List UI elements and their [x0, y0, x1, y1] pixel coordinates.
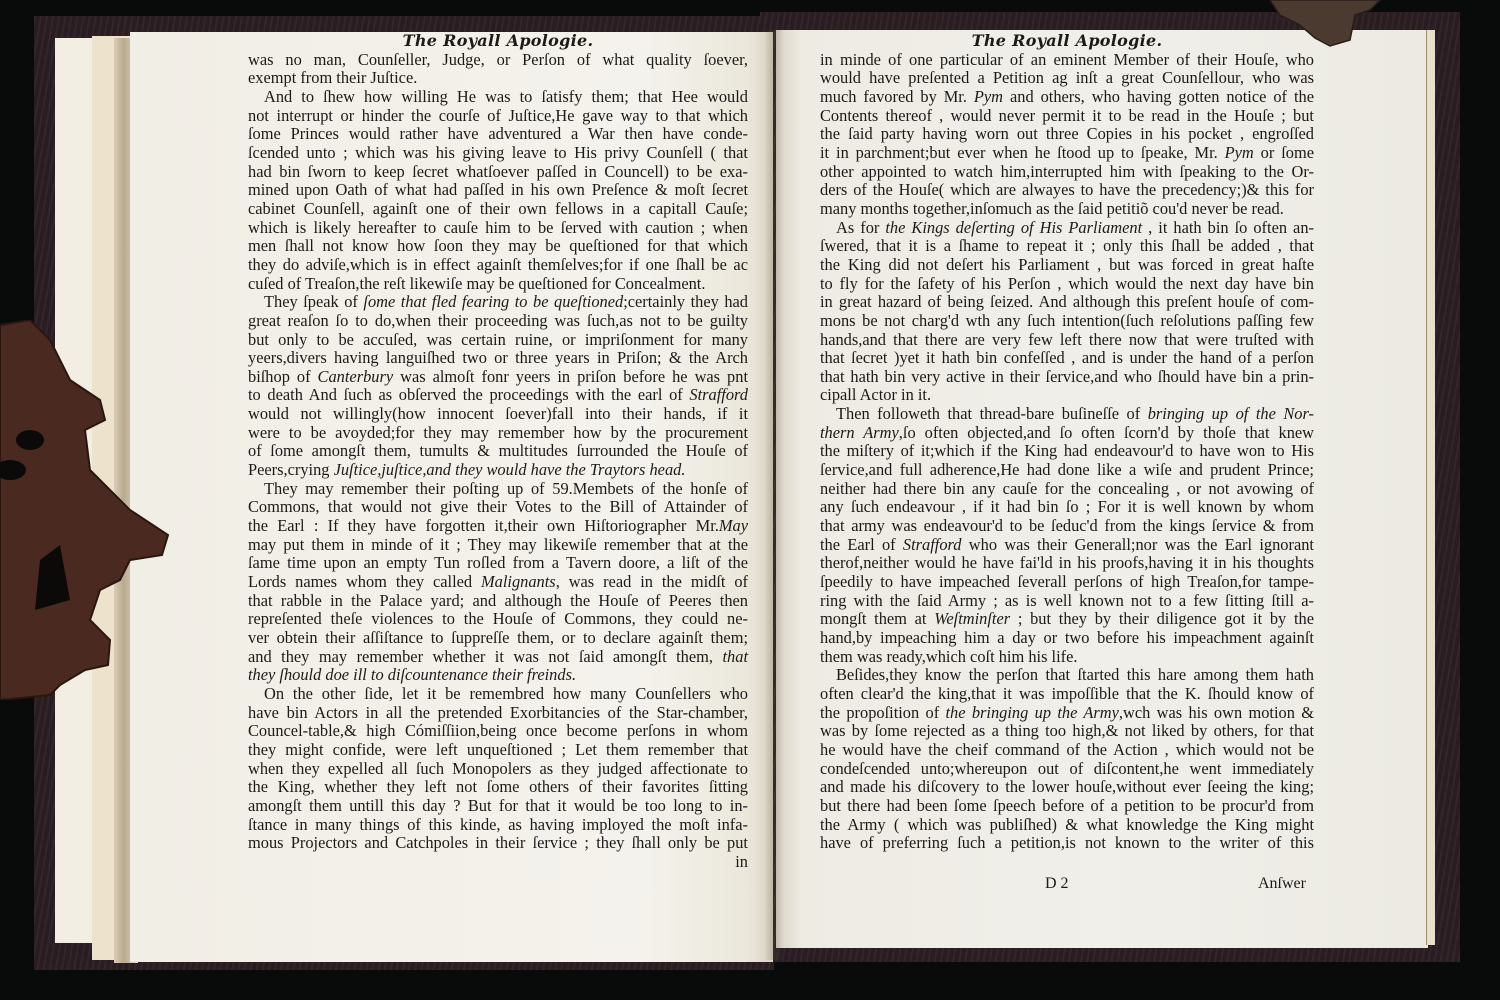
text-line: Peers,crying Juſtice,juſtice,and they wo…: [248, 461, 748, 480]
text-line: that hath bin very active in their ſervi…: [820, 368, 1314, 387]
text-line: was by ſome rejected as a thing too high…: [820, 722, 1314, 741]
text-line: the ſaid party having worn out three Cop…: [820, 125, 1314, 144]
text-line: ring with the ſaid Army ; as is well kno…: [820, 592, 1314, 611]
text-line: they might confide, were left unqueſtion…: [248, 741, 748, 760]
text-line: of ſome amongſt them, tumults & multitud…: [248, 442, 748, 461]
text-line: exempt from their Juſtice.: [248, 69, 748, 88]
text-line: may put them in minde of it ; They may l…: [248, 536, 748, 555]
text-line: would have preſented a Petition ag inſt …: [820, 69, 1314, 88]
text-line: ſervice,and full adherence,He had done l…: [820, 461, 1314, 480]
catchword: Anſwer: [1258, 875, 1306, 893]
text-line: often clear'd the king,that it was impoſ…: [820, 685, 1314, 704]
text-line: the King, whether they left not ſome oth…: [248, 778, 748, 797]
text-line: to death And ſuch as obſerved the procee…: [248, 386, 748, 405]
text-line: yeers,divers having languiſhed two or th…: [248, 349, 748, 368]
text-line: have of preferring ſuch a petition,is no…: [820, 834, 1314, 853]
text-line: mous Projectors and Catchpoles in their …: [248, 834, 748, 853]
text-line: Councel-table,& high Cómiſſiion,being on…: [248, 722, 748, 741]
text-line: As for the Kings deſerting of His Parlia…: [820, 219, 1314, 238]
text-line: hand,by impeaching him a day or two befo…: [820, 629, 1314, 648]
text-line: would not willingly(how innocent ſoever)…: [248, 405, 748, 424]
text-line: They ſpeak of ſome that fled fearing to …: [248, 293, 748, 312]
text-line: cabinet Counſell, againſt one of their o…: [248, 200, 748, 219]
right-page-text: The Royall Apologie. in minde of one par…: [820, 32, 1314, 853]
text-line: but only to be accuſed, was certain ruin…: [248, 331, 748, 350]
text-line: cipall Actor in it.: [820, 386, 1314, 405]
text-line: the Earl of Strafford who was their Gene…: [820, 536, 1314, 555]
text-line: mons be not charg'd wth any ſuch intenti…: [820, 312, 1314, 331]
text-line: Commons, that would not give their Votes…: [248, 498, 748, 517]
text-line: to fly for the ſafety of his Perſon , wh…: [820, 275, 1314, 294]
text-line: and they may remember whether it was not…: [248, 648, 748, 667]
text-line: Contents thereof , would never permit it…: [820, 107, 1314, 126]
text-line: ſtance in many things of this kinde, as …: [248, 816, 748, 835]
left-page-text: The Royall Apologie. was no man, Counſel…: [248, 32, 748, 872]
text-line: neither had there bin any cauſe for the …: [820, 480, 1314, 499]
text-line: them was ready,which coſt him his life.: [820, 648, 1314, 667]
text-line: thern Army,ſo often objected,and ſo ofte…: [820, 424, 1314, 443]
text-line: ſpeedily to have impeached ſeverall perſ…: [820, 573, 1314, 592]
text-line: ver obtein their aſſiſtance to ſuppreſſe…: [248, 629, 748, 648]
text-line: ſwered, that it is a ſhame to repeat it …: [820, 237, 1314, 256]
text-line: condeſcended unto;whereupon out of diſco…: [820, 760, 1314, 779]
text-line: was no man, Counſeller, Judge, or Perſon…: [248, 51, 748, 70]
text-line: mined upon Oath of what had paſſed in hi…: [248, 181, 748, 200]
text-line: in great hazard of being ſeized. And alt…: [820, 293, 1314, 312]
text-line: have bin Actors in all the pretended Exo…: [248, 704, 748, 723]
text-line: but there had been ſome ſpeech before of…: [820, 797, 1314, 816]
text-line: the miſtery of it;which if the King had …: [820, 442, 1314, 461]
text-line: that rabble in the Palace yard; and alth…: [248, 592, 748, 611]
text-line: ſome Princes would rather have adventure…: [248, 125, 748, 144]
text-line: when they expelled all ſuch Monopolers a…: [248, 760, 748, 779]
text-line: that ſecret )yet it hath bin confeſſed ,…: [820, 349, 1314, 368]
text-line: On the other ſide, let it be remembred h…: [248, 685, 748, 704]
text-line: Lords names whom they called Malignants,…: [248, 573, 748, 592]
text-line: were to be avoyded;for they may remember…: [248, 424, 748, 443]
text-line: mongſt them at Weſtminſter ; but they by…: [820, 610, 1314, 629]
text-line: and made his diſcovery to the lower houſ…: [820, 778, 1314, 797]
page-holder-clip-icon: [0, 320, 180, 700]
text-line: the Army ( which was publiſhed) & what k…: [820, 816, 1314, 835]
text-line: Then followeth that thread-bare buſineſſ…: [820, 405, 1314, 424]
text-line: many months together,inſomuch as the ſai…: [820, 200, 1314, 219]
text-line: which is likely hereafter to cauſe him t…: [248, 219, 748, 238]
text-line: ſame time upon an empty Tun roſled from …: [248, 554, 748, 573]
text-line: men ſhall not know how ſoon they may be …: [248, 237, 748, 256]
text-line: any ſuch endeavour , if it had bin ſo ; …: [820, 498, 1314, 517]
running-head-left: The Royall Apologie.: [248, 32, 748, 51]
text-line: hands,and that there are very few left t…: [820, 331, 1314, 350]
book-gutter: [764, 30, 784, 960]
text-line: the Earl : If they have forgotten it,the…: [248, 517, 748, 536]
right-page-body: in minde of one particular of an eminent…: [820, 51, 1314, 853]
text-line: other appointed to watch him,interrupted…: [820, 163, 1314, 182]
text-line: the propoſition of the bringing up the A…: [820, 704, 1314, 723]
right-page-stack-edge: [1426, 30, 1435, 945]
text-line: ders of the Houſe( which are alwayes to …: [820, 181, 1314, 200]
text-line: the King did not deſert his Parliament ,…: [820, 256, 1314, 275]
signature-mark: D 2: [1045, 875, 1069, 893]
text-line: they ſhould doe ill to diſcountenance th…: [248, 666, 748, 685]
running-head-right: The Royall Apologie.: [820, 32, 1314, 51]
text-line: they do adviſe,which is in effect againſ…: [248, 256, 748, 275]
text-line: And to ſhew how willing He was to ſatisf…: [248, 88, 748, 107]
text-line: much favored by Mr. Pym and others, who …: [820, 88, 1314, 107]
text-line: in: [248, 853, 748, 872]
text-line: that army was endeavour'd to be ſeduc'd …: [820, 517, 1314, 536]
text-line: it in parchment;but ever when he ſtood u…: [820, 144, 1314, 163]
text-line: amongſt them untill this day ? But for t…: [248, 797, 748, 816]
text-line: Beſides,they know the perſon that ſtarte…: [820, 666, 1314, 685]
text-line: he would have the cheif command of the A…: [820, 741, 1314, 760]
text-line: in minde of one particular of an eminent…: [820, 51, 1314, 70]
text-line: not interrupt or hinder the courſe of Ju…: [248, 107, 748, 126]
text-line: biſhop of Canterbury was almoſt fonr yee…: [248, 368, 748, 387]
text-line: therof,neither would he have fai'ld in h…: [820, 554, 1314, 573]
page-holder-clip-top-icon: [1270, 0, 1390, 48]
text-line: had bin ſworn to keep ſecret whatſoever …: [248, 163, 748, 182]
text-line: repreſented theſe violences to the Houſe…: [248, 610, 748, 629]
left-page-body: was no man, Counſeller, Judge, or Perſon…: [248, 51, 748, 872]
text-line: cuſed of Treaſon,the reſt likewiſe may b…: [248, 275, 748, 294]
text-line: They may remember their poſting up of 59…: [248, 480, 748, 499]
text-line: great reaſon ſo to do,when their proceed…: [248, 312, 748, 331]
text-line: ſcended unto ; which was his giving leav…: [248, 144, 748, 163]
